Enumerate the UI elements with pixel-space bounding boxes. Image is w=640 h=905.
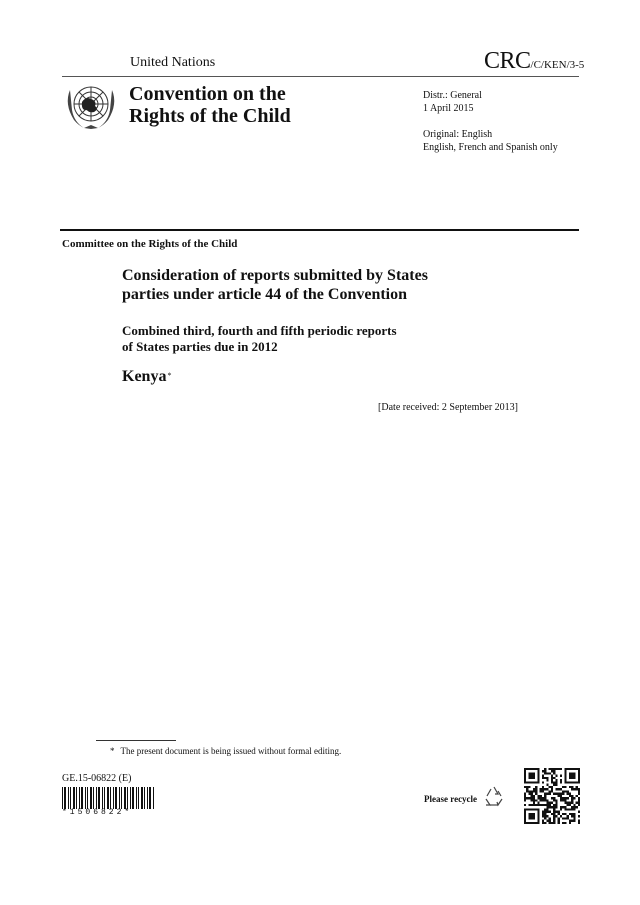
- date-received: [Date received: 2 September 2013]: [378, 402, 518, 413]
- barcode-text: *1506822*: [62, 808, 154, 817]
- footnote-rule: [96, 740, 176, 741]
- document-subtitle: Combined third, fourth and fifth periodi…: [122, 323, 397, 355]
- organization-name: United Nations: [130, 55, 215, 71]
- committee-name: Committee on the Rights of the Child: [62, 238, 237, 250]
- header-rule: [62, 76, 579, 77]
- distribution-block: Distr.: General 1 April 2015: [423, 89, 482, 115]
- symbol-suffix: /C/KEN/3-5: [531, 59, 585, 71]
- qr-code-icon: [524, 768, 580, 824]
- original-language: Original: English: [423, 128, 558, 141]
- footnote: *The present document is being issued wi…: [110, 746, 341, 756]
- un-emblem-icon: [62, 80, 120, 132]
- available-languages: English, French and Spanish only: [423, 141, 558, 154]
- symbol-main: CRC: [484, 48, 531, 74]
- distribution: Distr.: General: [423, 89, 482, 102]
- country-heading: Kenya*: [122, 368, 171, 386]
- recycle-icon: [482, 784, 506, 808]
- language-block: Original: English English, French and Sp…: [423, 128, 558, 154]
- issue-date: 1 April 2015: [423, 102, 482, 115]
- convention-title: Convention on the Rights of the Child: [129, 83, 291, 127]
- document-symbol: CRC/C/KEN/3-5: [484, 48, 584, 75]
- recycle-label: Please recycle: [424, 794, 477, 804]
- document-number: GE.15-06822 (E): [62, 773, 131, 784]
- footnote-reference[interactable]: *: [167, 371, 171, 380]
- barcode-icon: [62, 787, 154, 809]
- document-title: Consideration of reports submitted by St…: [122, 266, 428, 304]
- section-rule: [60, 229, 579, 231]
